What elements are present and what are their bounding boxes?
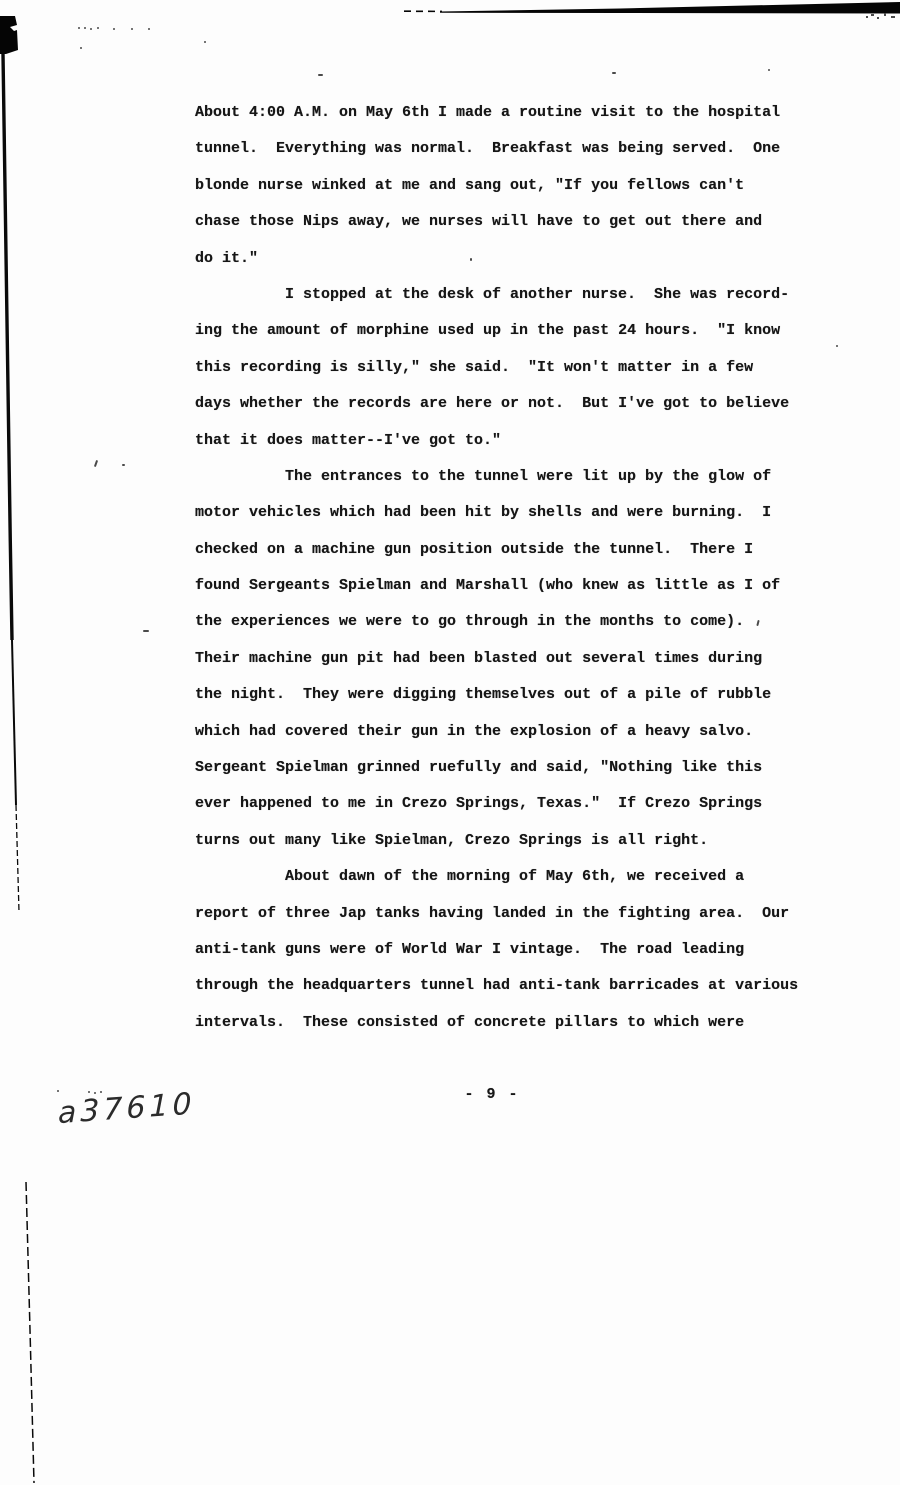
document-line: anti-tank guns were of World War I vinta… [195, 932, 835, 968]
speck [204, 41, 206, 43]
speck [318, 74, 323, 76]
document-line: which had covered their gun in the explo… [195, 714, 835, 750]
document-line: checked on a machine gun position outsid… [195, 532, 835, 568]
document-line: ever happened to me in Crezo Springs, Te… [195, 786, 835, 822]
document-line: days whether the records are here or not… [195, 386, 835, 422]
speck [88, 1091, 90, 1093]
document-line: The entrances to the tunnel were lit up … [195, 459, 835, 495]
speck [612, 72, 616, 74]
speck [768, 69, 770, 71]
speck [97, 27, 99, 29]
document-line: the experiences we were to go through in… [195, 604, 835, 640]
corner-mark [866, 13, 895, 19]
document-line: motor vehicles which had been hit by she… [195, 495, 835, 531]
document-line: About dawn of the morning of May 6th, we… [195, 859, 835, 895]
document-line: that it does matter--I've got to." [195, 423, 835, 459]
document-line: do it." [195, 241, 835, 277]
document-line: Their machine gun pit had been blasted o… [195, 641, 835, 677]
document-line: chase those Nips away, we nurses will ha… [195, 204, 835, 240]
speck [122, 464, 125, 466]
document-page: About 4:00 A.M. on May 6th I made a rout… [0, 0, 900, 1485]
document-line: report of three Jap tanks having landed … [195, 896, 835, 932]
document-line: found Sergeants Spielman and Marshall (w… [195, 568, 835, 604]
speck [80, 47, 82, 49]
speck [131, 28, 133, 30]
handwritten-note: a37610 [58, 1086, 195, 1131]
document-line: turns out many like Spielman, Crezo Spri… [195, 823, 835, 859]
left-edge-line-upper [3, 54, 12, 640]
speck [94, 460, 98, 467]
document-line: tunnel. Everything was normal. Breakfast… [195, 131, 835, 167]
speck [836, 345, 838, 347]
document-line: Sergeant Spielman grinned ruefully and s… [195, 750, 835, 786]
left-edge-line-lower [26, 1182, 34, 1483]
speck [113, 28, 115, 30]
speck [90, 28, 92, 30]
document-line: About 4:00 A.M. on May 6th I made a rout… [195, 95, 835, 131]
speck [143, 630, 149, 632]
speck [84, 27, 86, 29]
corner-blob [0, 16, 18, 54]
document-line: through the headquarters tunnel had anti… [195, 968, 835, 1004]
document-line: this recording is silly," she said. "It … [195, 350, 835, 386]
speck [148, 28, 150, 30]
document-line: I stopped at the desk of another nurse. … [195, 277, 835, 313]
document-line: the night. They were digging themselves … [195, 677, 835, 713]
speck [78, 27, 80, 29]
page-number: - 9 - [195, 1086, 789, 1103]
document-line: intervals. These consisted of concrete p… [195, 1005, 835, 1041]
document-lines: About 4:00 A.M. on May 6th I made a rout… [195, 95, 835, 1041]
document-line: ing the amount of morphine used up in th… [195, 313, 835, 349]
top-edge-band [440, 2, 900, 14]
document-line: blonde nurse winked at me and sang out, … [195, 168, 835, 204]
speck [57, 1090, 59, 1092]
